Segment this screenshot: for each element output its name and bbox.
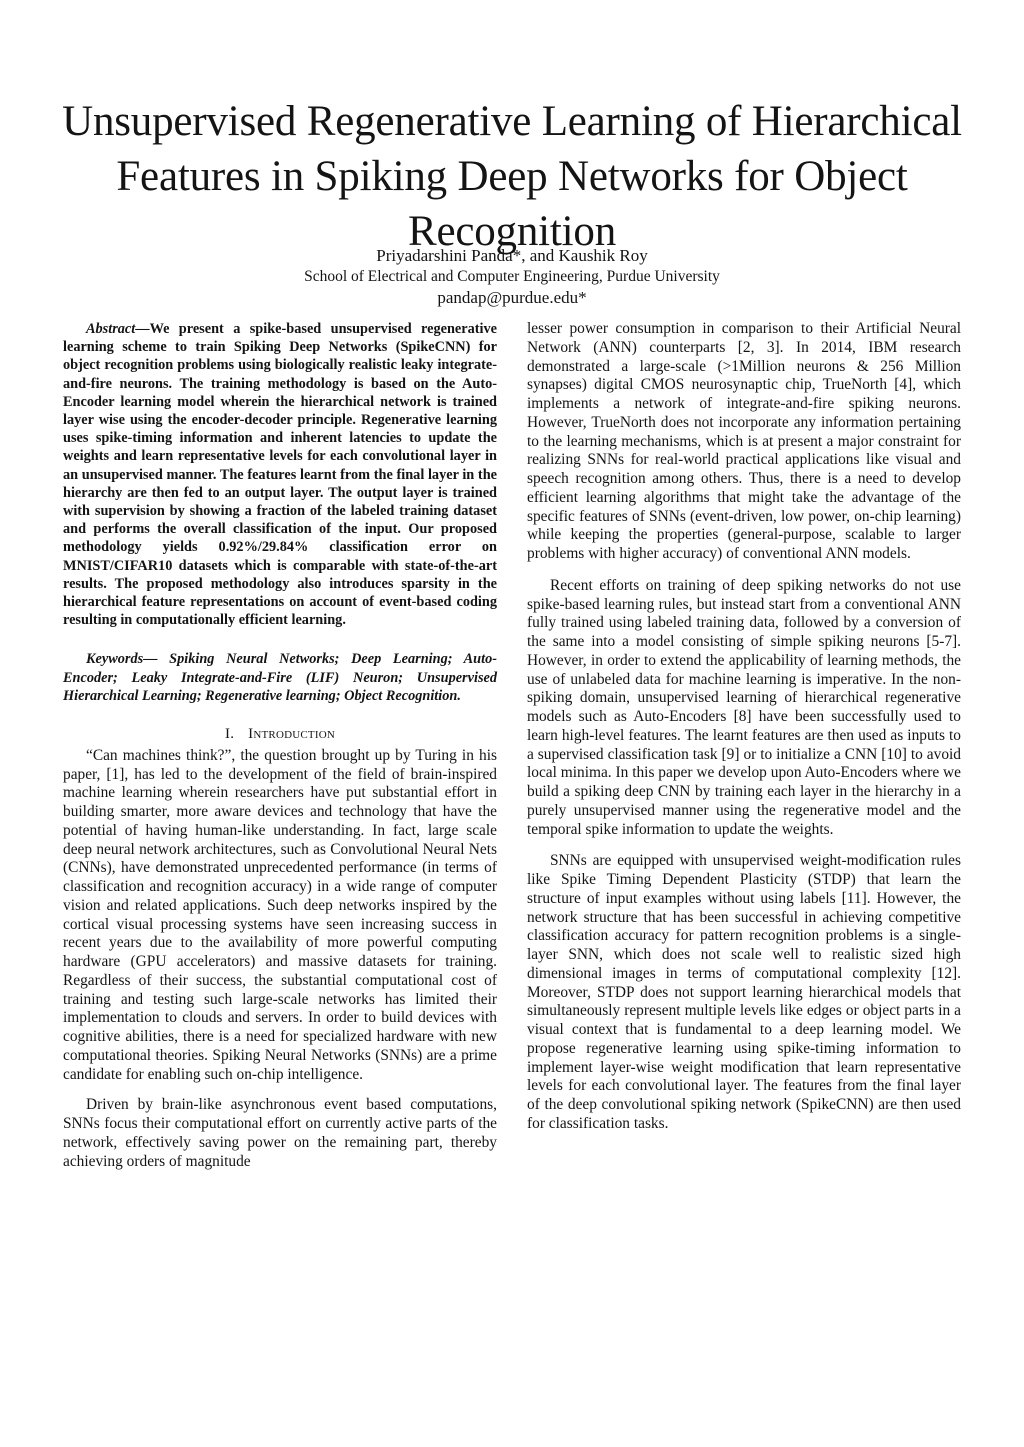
abstract-label: Abstract	[86, 321, 135, 337]
intro-paragraph-3: Recent efforts on training of deep spiki…	[527, 577, 961, 840]
intro-paragraph-2-continued: lesser power consumption in comparison t…	[527, 320, 961, 564]
paper-authors: Priyadarshini Panda*, and Kaushik Roy	[0, 245, 1024, 266]
right-column: lesser power consumption in comparison t…	[527, 320, 961, 1134]
section-title: Introduction	[248, 726, 335, 742]
abstract-text: We present a spike-based unsupervised re…	[63, 321, 497, 628]
intro-paragraph-1: “Can machines think?”, the question brou…	[63, 747, 497, 1085]
abstract-dash: —	[135, 321, 149, 337]
intro-paragraph-4: SNNs are equipped with unsupervised weig…	[527, 852, 961, 1133]
paper-affiliation: School of Electrical and Computer Engine…	[0, 267, 1024, 287]
paper-title: Unsupervised Regenerative Learning of Hi…	[40, 94, 984, 259]
abstract: Abstract—We present a spike-based unsupe…	[63, 320, 497, 629]
left-column: Abstract—We present a spike-based unsupe…	[63, 320, 497, 1171]
section-heading-introduction: I.Introduction	[63, 725, 497, 744]
intro-paragraph-2: Driven by brain-like asynchronous event …	[63, 1096, 497, 1171]
section-number: I.	[225, 726, 234, 742]
keywords-label: Keywords—	[86, 651, 158, 667]
keywords: Keywords— Spiking Neural Networks; Deep …	[63, 650, 497, 705]
author-email: pandap@purdue.edu*	[0, 287, 1024, 309]
